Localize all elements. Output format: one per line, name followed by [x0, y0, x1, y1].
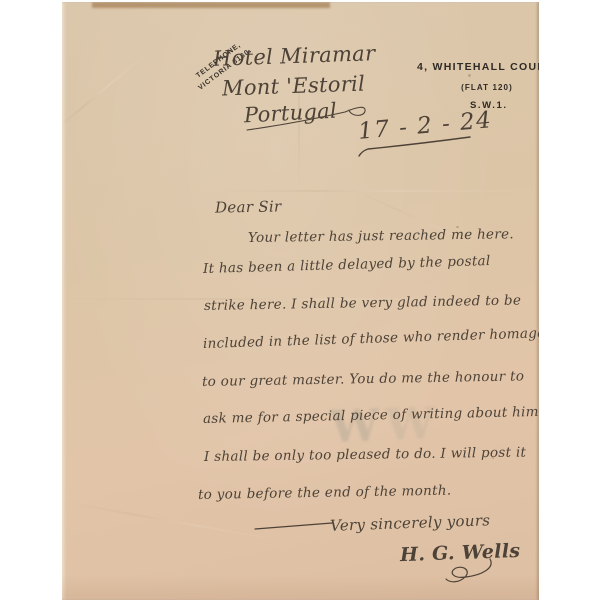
letter-paper: TELEPHONE, VICTORIA 3160. 4, WHITEHALL C… [62, 2, 539, 600]
letterhead-address: 4, WHITEHALL COURT, [382, 61, 539, 73]
crease-diagonal-bottomleft [64, 501, 301, 545]
foxing-speck [468, 74, 471, 77]
paper-bottom-shadow [62, 574, 539, 600]
date: 17 - 2 - 24 [357, 107, 493, 145]
valediction-lead-dash [255, 523, 332, 529]
letterhead-flat: (FLAT 120) [382, 83, 539, 92]
body-line: I shall be only too pleased to do. I wil… [204, 445, 526, 465]
body-line: to you before the end of the month. [198, 483, 452, 503]
body-line: It has been a little delayed by the post… [203, 253, 491, 277]
fold-crease [222, 190, 539, 192]
signature: H. G. Wells [400, 540, 521, 566]
crease-diagonal-topleft [62, 52, 149, 131]
sender-location-line1: Hotel Miramar [213, 41, 376, 71]
body-line: strike here. I shall be very glad indeed… [204, 292, 521, 314]
body-line: ask me for a special piece of writing ab… [203, 403, 539, 427]
paper-top-aged-edge [92, 2, 330, 8]
letter-photo: TELEPHONE, VICTORIA 3160. 4, WHITEHALL C… [0, 0, 600, 600]
valediction: Very sincerely yours [330, 511, 491, 535]
sender-location-line2: Mont 'Estoril [222, 72, 366, 101]
greeting: Dear Sir [215, 197, 282, 216]
body-line: to our great master. You do me the honou… [202, 368, 524, 390]
crease-diagonal-right [349, 188, 505, 259]
body-line: Your letter has just reached me here. [248, 226, 514, 246]
body-line: included in the list of those who render… [203, 325, 539, 352]
sender-location-line3: Portugal [243, 99, 337, 128]
